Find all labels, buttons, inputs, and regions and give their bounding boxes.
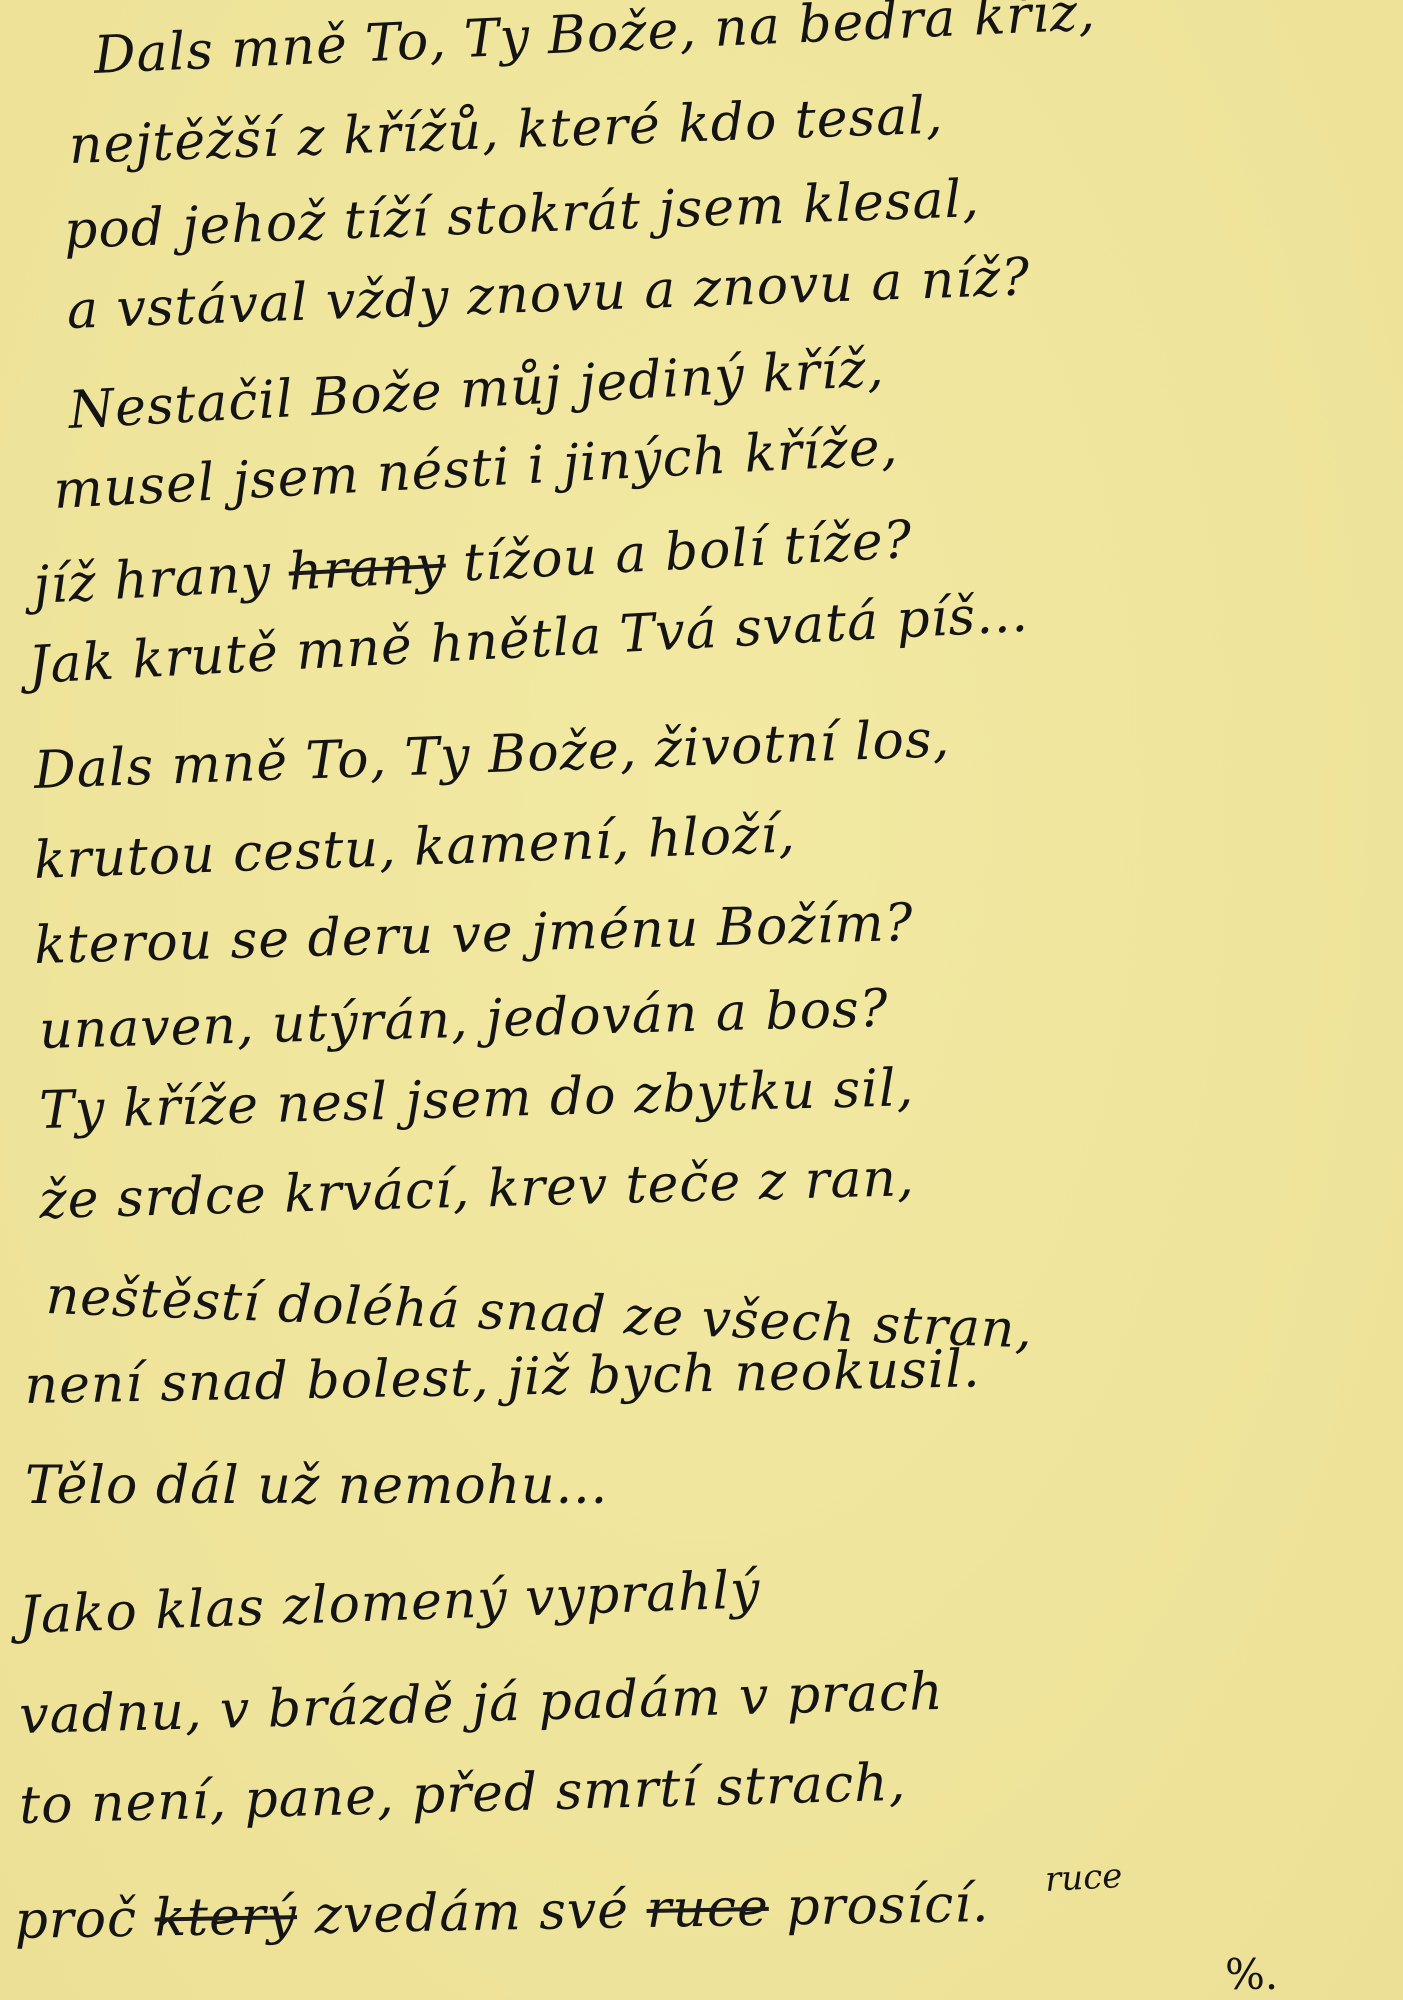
end-mark: %. bbox=[1225, 1950, 1278, 1999]
struck-word: který bbox=[154, 1886, 297, 1948]
poem-text: tížou a bolí tíže? bbox=[444, 510, 914, 594]
poem-line: není snad bolest, již bych neokusil. bbox=[24, 1343, 981, 1412]
poem-line: Ty kříže nesl jsem do zbytku sil, bbox=[39, 1062, 915, 1137]
poem-line: proč který zvedám své ruce prosící. bbox=[14, 1878, 990, 1947]
poem-line: Jako klas zlomený vyprahlý bbox=[18, 1564, 761, 1642]
handwritten-page: Dals mně To, Ty Bože, na bedra kříž, nej… bbox=[0, 0, 1403, 2000]
poem-line: a vstával vždy znovu a znovu a níž? bbox=[66, 251, 1031, 337]
poem-text: zvedám své bbox=[297, 1880, 648, 1946]
poem-line: vadnu, v brázdě já padám v prach bbox=[19, 1666, 945, 1742]
inserted-word: ruce bbox=[1044, 1856, 1123, 1900]
poem-text: prosící. bbox=[768, 1874, 990, 1938]
poem-line: to není, pane, před smrtí strach, bbox=[19, 1757, 907, 1832]
struck-word: ruce bbox=[646, 1878, 769, 1940]
struck-word: hrany bbox=[287, 534, 447, 602]
poem-line: nejtěžší z křížů, které kdo tesal, bbox=[68, 90, 944, 172]
poem-line: unaven, utýrán, jedován a bos? bbox=[39, 983, 890, 1057]
poem-line: krutou cestu, kamení, hloží, bbox=[33, 808, 796, 887]
poem-line: Dals mně To, Ty Bože, životní los, bbox=[33, 713, 951, 797]
poem-line: Dals mně To, Ty Bože, na bedra kříž, bbox=[93, 0, 1097, 82]
poem-text: jíž hrany bbox=[32, 543, 290, 616]
poem-line: pod jehož tíží stokrát jsem klesal, bbox=[63, 173, 980, 257]
poem-line: kterou se deru ve jménu Božím? bbox=[34, 897, 914, 972]
poem-line: že srdce krvácí, krev teče z ran, bbox=[39, 1152, 916, 1227]
poem-line: Tělo dál už nemohu... bbox=[25, 1460, 608, 1512]
poem-text: proč bbox=[14, 1889, 155, 1951]
